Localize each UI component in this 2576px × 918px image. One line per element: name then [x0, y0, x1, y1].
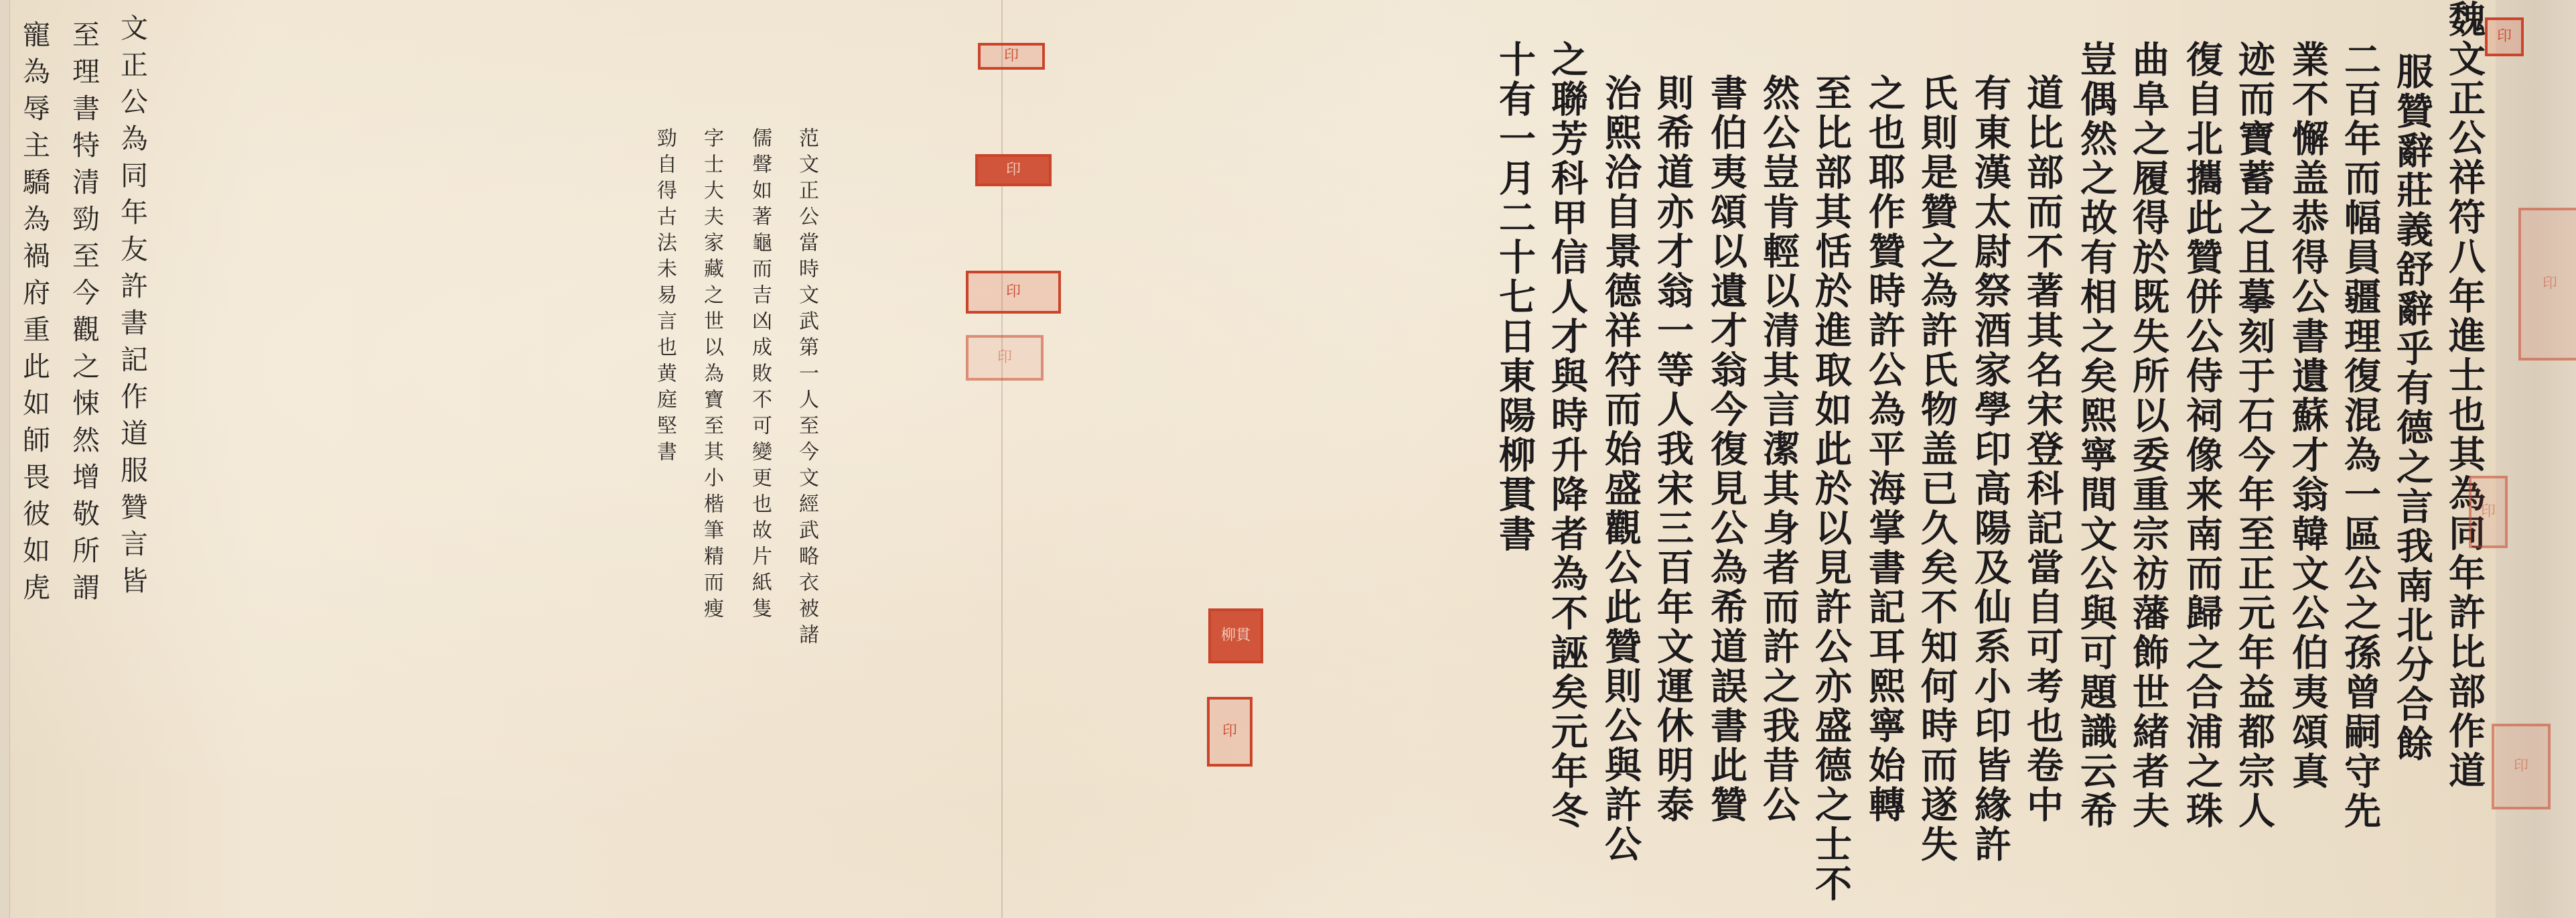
left-column-1: 文正公為同年友許書記作道服贊言皆 [113, 13, 152, 603]
main-column-13: 至比部其恬於進取如此於以見許公亦盛德之士不 [1804, 74, 1857, 904]
main-column-6: 復自北攜此贊併公侍祠像来南而歸之合浦之珠 [2175, 40, 2228, 831]
main-column-5: 迹而寶蓄之且摹刻于石今年至正元年益都宗人 [2228, 40, 2281, 831]
main-column-19-signature: 十有一月二十七日東陽柳貫書 [1488, 40, 1541, 554]
fold-seal-4: 印 [966, 335, 1044, 381]
signature-seal-square: 柳貫 [1208, 608, 1263, 663]
main-column-4: 業不懈盖恭得公書遺蘇才翁韓文公伯夷頌真 [2281, 40, 2334, 791]
fold-seal-3: 印 [966, 271, 1061, 314]
main-column-7: 曲阜之履得於既失所以委重宗祊藩飾世緒者夫 [2122, 40, 2175, 831]
main-column-10: 有東漢太尉祭酒家學印高陽及仙系小印皆緣許 [1964, 74, 2017, 864]
left-column-2: 至理書特清勁至今觀之悚然增敬所謂 [64, 20, 104, 610]
middle-column-4-signature: 勁自得古法未易言也黄庭堅書 [650, 127, 679, 467]
fold-seal-1: 印 [978, 43, 1045, 70]
middle-column-1: 范文正公當時文武第一人至今文經武略衣被諸 [792, 127, 821, 650]
main-column-18: 之聯芳科甲信人才與時升降者為不誣矣元年冬 [1541, 40, 1593, 831]
paper-seam [1001, 0, 1003, 918]
main-column-11: 氏則是贊之為許氏物盖已久矣不知何時而遂失 [1910, 74, 1963, 864]
middle-column-2: 儒聲如著龜而吉凶成敗不可變更也故片紙隻 [745, 127, 774, 624]
main-column-16: 則希道亦才翁一等人我宋三百年文運休明泰 [1646, 74, 1699, 825]
main-column-14: 然公豈肯輕以清其言潔其身者而許之我昔公 [1752, 74, 1805, 825]
left-mount-edge [0, 0, 10, 918]
main-column-9: 道比部而不著其名宋登科記當自可考也卷中 [2016, 74, 2069, 825]
main-column-15: 書伯夷頌以遺才翁今復見公為希道誤書此贊 [1700, 74, 1753, 825]
top-right-seal: 印 [2485, 17, 2524, 56]
main-column-1: 魏文正公祥符八年進士也其為同年許比部作道 [2438, 0, 2491, 791]
right-mount-large-seal-upper: 印 [2518, 208, 2576, 360]
main-column-17: 治熙洽自景德祥符而始盛觀公此贊則公與許公 [1594, 74, 1647, 864]
fold-seal-2: 印 [975, 154, 1052, 186]
signature-seal-rect: 印 [1207, 697, 1253, 767]
main-column-12: 之也耶作贊時許公為平海掌書記耳熙寧始轉 [1858, 74, 1911, 825]
main-column-2: 服贊辭莊義舒辭乎有德之言我南北分合餘 [2386, 52, 2439, 764]
main-column-3: 二百年而幅員疆理復混為一區公之孫曾嗣守先 [2334, 40, 2386, 831]
main-column-8: 豈偶然之故有相之矣熙寧間文公與可題識云希 [2070, 40, 2123, 831]
left-column-3: 寵為辱主驕為禍府重此如師畏彼如虎 [15, 20, 54, 610]
middle-column-3: 字士大夫家藏之世以為寶至其小楷筆精而瘦 [697, 127, 726, 624]
right-mount-seal-middle: 印 [2469, 476, 2508, 548]
right-mount-seal-lower: 印 [2492, 724, 2551, 809]
